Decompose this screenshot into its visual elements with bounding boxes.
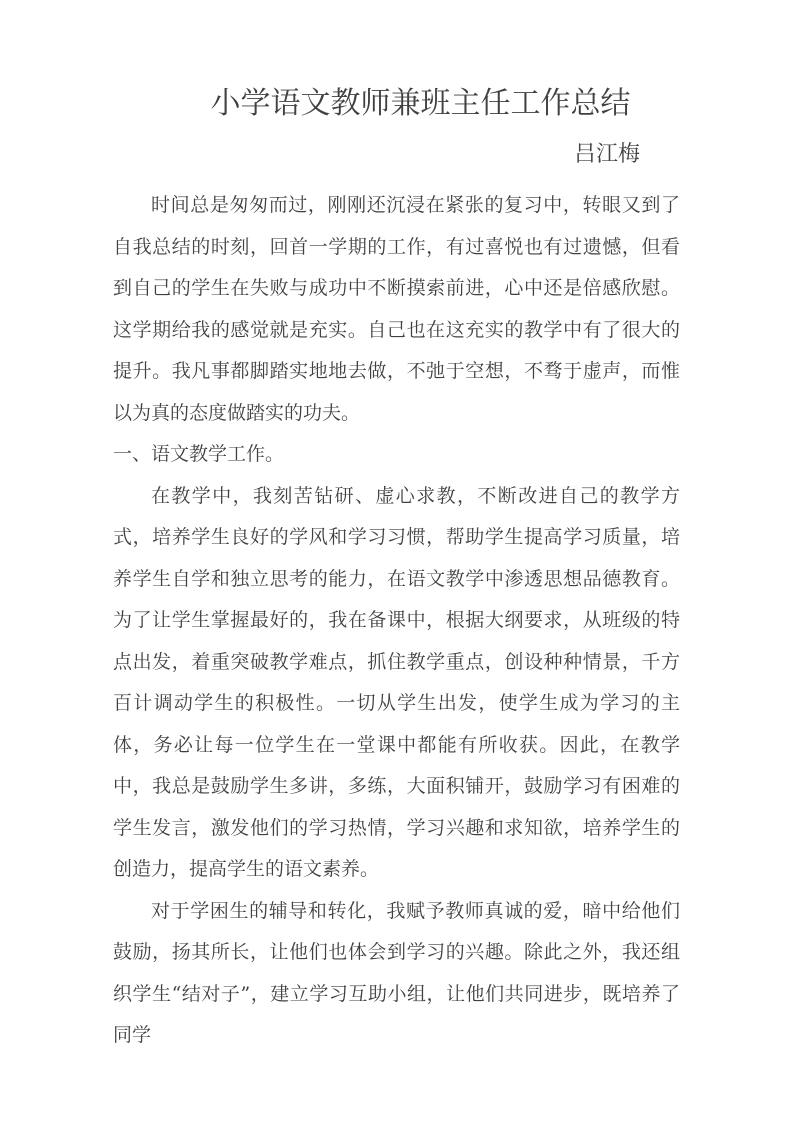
section-heading-chinese-teaching: 一、语文教学工作。 xyxy=(113,434,680,476)
paragraph-struggling-students: 对于学困生的辅导和转化，我赋予教师真诚的爱，暗中给他们鼓励，扬其所长，让他们也体… xyxy=(113,891,680,1057)
paragraph-teaching-work: 在教学中，我刻苦钻研、虚心求教，不断改进自己的教学方式，培养学生良好的学风和学习… xyxy=(113,476,680,891)
document-page: 小学语文教师兼班主任工作总结 吕江梅 时间总是匆匆而过，刚刚还沉浸在紧张的复习中… xyxy=(0,0,793,1122)
document-title: 小学语文教师兼班主任工作总结 xyxy=(113,82,680,126)
author-name: 吕江梅 xyxy=(113,140,680,170)
document-body: 时间总是匆匆而过，刚刚还沉浸在紧张的复习中，转眼又到了自我总结的时刻，回首一学期… xyxy=(113,185,680,1057)
paragraph-intro: 时间总是匆匆而过，刚刚还沉浸在紧张的复习中，转眼又到了自我总结的时刻，回首一学期… xyxy=(113,185,680,434)
